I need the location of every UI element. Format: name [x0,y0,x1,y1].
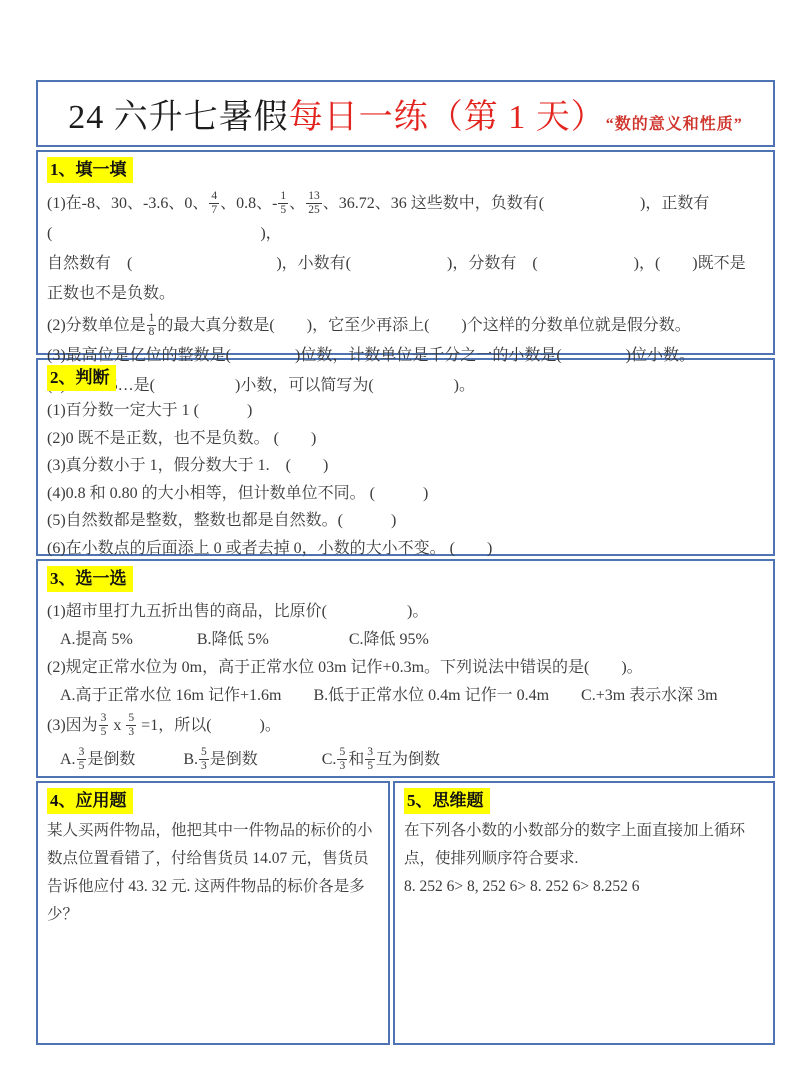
s2-item-3: (3)真分数小于 1，假分数大于 1. ( ) [47,452,765,480]
section-5-header: 5、思维题 [404,788,490,814]
fraction: 53 [126,712,136,739]
s2-item-4: (4)0.8 和 0.80 的大小相等，但计数单位不同。 ( ) [47,480,765,508]
section-4-header-row: 4、应用题 [47,788,380,814]
fraction: 47 [209,190,219,217]
worksheet-table: 24 六升七暑假每日一练（第 1 天）“数的意义和性质” 1、填一填 (1)在-… [36,80,775,1048]
section-3-header-row: 3、选一选 [47,566,765,592]
section-5-header-row: 5、思维题 [404,788,765,814]
s5-instruction-text: 在下列各小数的小数部分的数字上面直接加上循环点，使排列顺序符合要求. [404,817,765,873]
s1-question-2: (2)分数单位是18的最大真分数是( )，它至少再添上( )个这样的分数单位就是… [47,311,765,341]
fraction: 53 [337,746,347,773]
s1-question-1-line-3: 正数也不是负数。 [47,279,765,309]
section-word-problem: 4、应用题 某人买两件物品，他把其中一件物品的标价的小数点位置看错了，付给售货员… [36,781,390,1045]
bottom-row: 4、应用题 某人买两件物品，他把其中一件物品的标价的小数点位置看错了，付给售货员… [36,781,775,1048]
worksheet-page: { "colors": { "table_border": "#4e74b4",… [0,0,793,1068]
s3-question-2-options: A.高于正常水位 16m 记作+1.6m B.低于正常水位 0.4m 记作一 0… [47,682,765,710]
title-subtitle: “数的意义和性质” [606,111,743,134]
s3-question-3: (3)因为35 x 53 =1，所以( )。 [47,712,765,740]
title-prefix: 24 六升七暑假 [68,89,289,138]
s1-question-1-line-2: 自然数有 ( )，小数有( )，分数有 ( )，( )既不是 [47,249,765,279]
fraction: 1325 [306,190,322,217]
s3-question-3-options: A.35是倒数 B.53是倒数 C.53和35互为倒数 [47,746,765,774]
section-1-header: 1、填一填 [47,157,133,183]
fraction: 53 [199,746,209,773]
fraction: 18 [147,312,157,339]
title-main: 每日一练（第 1 天） [289,89,606,138]
s2-item-6: (6)在小数点的后面添上 0 或者去掉 0，小数的大小不变。 ( ) [47,535,765,563]
s4-problem-text: 某人买两件物品，他把其中一件物品的标价的小数点位置看错了，付给售货员 14.07… [47,817,380,929]
s2-item-5: (5)自然数都是整数，整数也都是自然数。( ) [47,507,765,535]
section-4-header: 4、应用题 [47,788,133,814]
section-3-header: 3、选一选 [47,566,133,592]
section-2-header: 2、判断 [47,365,116,391]
s3-question-1: (1)超市里打九五折出售的商品，比原价( )。 [47,598,765,626]
s1-question-1-line-1: (1)在-8、30、-3.6、0、47、0.8、-15、1325、36.72、3… [47,189,765,249]
title-row: 24 六升七暑假每日一练（第 1 天）“数的意义和性质” [36,80,775,147]
fraction: 35 [99,712,109,739]
section-choose: 3、选一选 (1)超市里打九五折出售的商品，比原价( )。 A.提高 5% B.… [36,559,775,778]
section-fill-in: 1、填一填 (1)在-8、30、-3.6、0、47、0.8、-15、1325、3… [36,150,775,355]
section-1-header-row: 1、填一填 [47,157,765,183]
fraction: 35 [365,746,375,773]
s3-question-1-options: A.提高 5% B.降低 5% C.降低 95% [47,626,765,654]
section-thinking-problem: 5、思维题 在下列各小数的小数部分的数字上面直接加上循环点，使排列顺序符合要求.… [393,781,775,1045]
s2-item-2: (2)0 既不是正数，也不是负数。 ( ) [47,425,765,453]
s5-number-sequence: 8. 252 6> 8, 252 6> 8. 252 6> 8.252 6 [404,873,765,901]
fraction: 35 [77,746,87,773]
fraction: 15 [278,190,288,217]
s1-question-3: (3)最高位是亿位的整数是( )位数，计数单位是千分之一的小数是( )位小数。 [47,341,765,371]
s2-item-1: (1)百分数一定大于 1 ( ) [47,397,765,425]
s3-question-2: (2)规定正常水位为 0m，高于正常水位 03m 记作+0.3m。下列说法中错误… [47,654,765,682]
